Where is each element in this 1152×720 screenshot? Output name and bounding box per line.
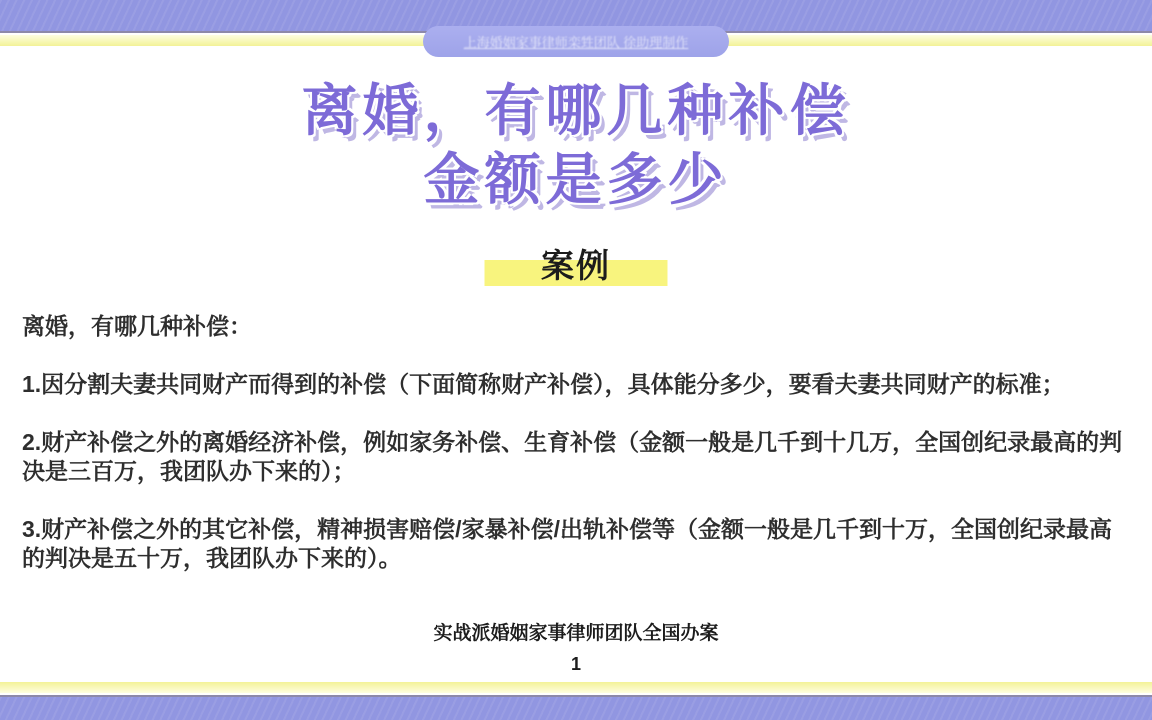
body-item-2: 2.财产补偿之外的离婚经济补偿，例如家务补偿、生育补偿（金额一般是几千到十几万，… xyxy=(22,428,1132,486)
title-line-2: 金额是多少 xyxy=(0,145,1152,214)
bottom-purple-band xyxy=(0,695,1152,720)
slide: 上海婚姻家事律师栾甡团队 徐助理制作 离婚，有哪几种补偿 金额是多少 案例 离婚… xyxy=(0,0,1152,720)
page-number: 1 xyxy=(0,654,1152,675)
footer-tagline: 实战派婚姻家事律师团队全国办案 xyxy=(0,618,1152,645)
banner-text: 上海婚姻家事律师栾甡团队 徐助理制作 xyxy=(464,32,689,51)
case-label-text: 案例 xyxy=(541,247,611,284)
page-title: 离婚，有哪几种补偿 金额是多少 xyxy=(0,76,1152,214)
banner-pill: 上海婚姻家事律师栾甡团队 徐助理制作 xyxy=(423,26,729,57)
body-intro: 离婚，有哪几种补偿： xyxy=(22,312,1132,341)
title-line-1: 离婚，有哪几种补偿 xyxy=(0,76,1152,145)
body-item-3: 3.财产补偿之外的其它补偿，精神损害赔偿/家暴补偿/出轨补偿等（金额一般是几千到… xyxy=(22,515,1132,573)
section-label-case: 案例 xyxy=(0,240,1152,288)
body-text: 离婚，有哪几种补偿： 1.因分割夫妻共同财产而得到的补偿（下面简称财产补偿），具… xyxy=(22,312,1132,602)
bottom-yellow-strip xyxy=(0,682,1152,693)
body-item-1: 1.因分割夫妻共同财产而得到的补偿（下面简称财产补偿），具体能分多少，要看夫妻共… xyxy=(22,370,1132,399)
